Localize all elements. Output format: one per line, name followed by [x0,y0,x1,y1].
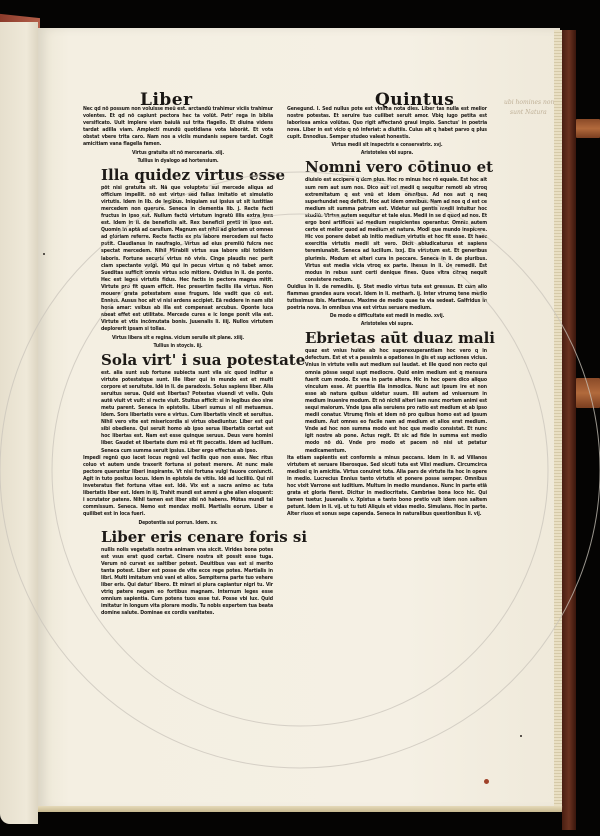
paragraph: pōt nisi gratuita sit. Nā que voluptate … [83,185,273,334]
paper-speck [43,253,45,255]
source-rubric: Tullius in stoycis. iij. [83,343,273,350]
verso-page-edge [0,22,38,824]
paragraph: Ouidius in li. de remediis. ij. Stet med… [287,284,487,312]
chapter-rubric: Virtus libera sit e regina. vicium serui… [83,335,273,342]
section-incipit: Ebrietas aūt duaz mali [305,330,487,347]
section-incipit: Nomni vero cōtinuo et [305,159,487,176]
paragraph: nullis nolis vegetatis nostra animam vna… [83,547,273,618]
paragraph: Nec qd nō possum non voluisse meū est. a… [83,106,273,149]
paragraph: Impedi regnū quo iacet locus regnū vel f… [83,455,273,519]
leather-cover-spine [562,30,576,830]
chapter-rubric: Virtus gratuita sit nō mercenaria. xiij. [83,150,273,157]
text-block-fore-edge [554,30,562,810]
section-incipit: Sola virt' i sua potestate [101,352,273,369]
source-rubric: Aristoteles vbi supra. [287,150,487,157]
chapter-rubric: Virtus medii sit inspectrix e conservatr… [287,142,487,149]
marginal-annotation: ubi homines non sunt Natura [502,98,562,118]
source-rubric: Aristoteles vbi supra. [287,321,487,328]
paragraph: est. alia sunt sub fortune subiecta sunt… [83,370,273,455]
paragraph: Genegund. I. Sed nullus pote est vlnima … [287,106,487,141]
chapter-rubric: Depotentia sui porrun. Idem. xv. [83,520,273,527]
ink-stain [484,779,489,784]
paragraph: quaz est vnius huiōe ab hoc superexupera… [287,348,487,454]
paper-speck [520,735,522,737]
section-incipit: Illa quidez virtus esse [101,167,273,184]
clasp-strap-top [576,119,600,138]
section-incipit: Liber eris cenare foris si [101,529,273,546]
chapter-rubric: De modo e difficultate est medii in medi… [287,313,487,320]
clasp-strap-bottom [576,378,600,408]
marginal-annotation-line: sunt Natura [502,108,562,118]
source-rubric: Tullius in dyalogo ad hortensium. [83,158,273,165]
paragraph: Ita etiam sapientis est conformis a minu… [287,455,487,519]
text-block-bottom-edge [38,806,562,812]
text-column-left: Nec qd nō possum non voluisse meū est. a… [83,106,273,617]
paragraph: diuisio est accipere q dem plus. Hoc ro … [287,177,487,283]
marginal-annotation-line: ubi homines non [502,98,562,108]
text-column-right: Genegund. I. Sed nullus pote est vlnima … [287,106,487,519]
book-photograph: Liber Quintus ubi homines non sunt Natur… [0,0,600,836]
